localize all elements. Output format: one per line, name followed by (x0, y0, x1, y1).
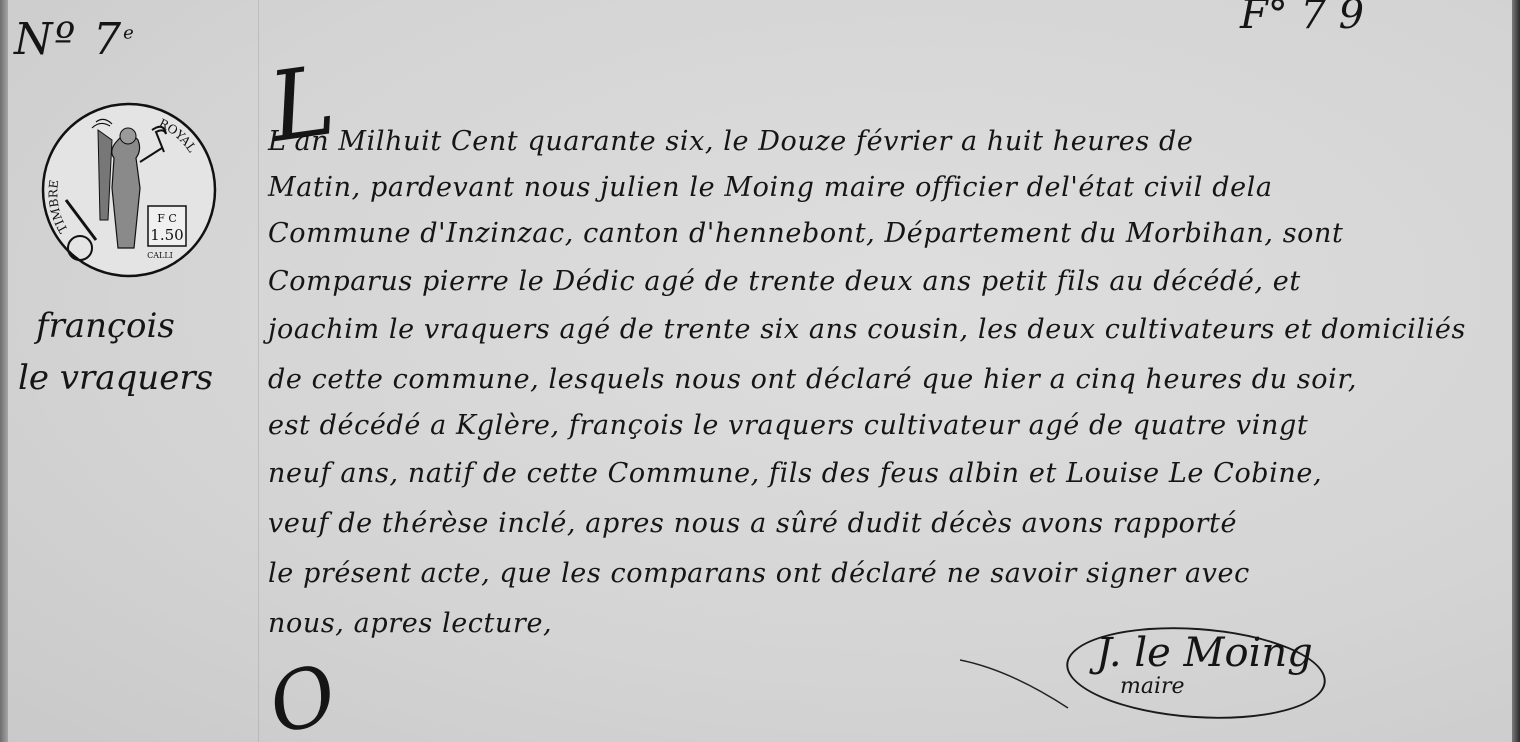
royal-stamp-icon: TIMBRE ROYAL F C 1.50 CALLI (40, 100, 218, 280)
record-line: veuf de thérèse inclé, apres nous a sûré… (268, 508, 1237, 539)
closing-initial: O (261, 653, 345, 742)
record-line: le présent acte, que les comparans ont d… (268, 558, 1250, 589)
entry-number-text: Nº 7 (14, 14, 123, 65)
margin-given-name: françois (18, 300, 248, 352)
margin-deceased-name: françois le vraquers (18, 300, 248, 404)
signature-title: maire (1120, 674, 1185, 699)
stamp-bottom-text: CALLI (147, 251, 173, 260)
margin-rule (258, 0, 259, 742)
margin-surname: le vraquers (18, 352, 248, 404)
record-line: nous, apres lecture, (268, 608, 552, 639)
record-line: Commune d'Inzinzac, canton d'hennebont, … (268, 218, 1343, 249)
record-line: L'an Milhuit Cent quarante six, le Douze… (268, 126, 1193, 157)
record-line: est décédé a Kglère, françois le vraquer… (268, 410, 1308, 441)
page-left-edge (0, 0, 8, 742)
record-line: Comparus pierre le Dédic agé de trente d… (268, 266, 1301, 297)
mayor-signature: J. le Moing maire (1066, 628, 1324, 716)
record-line: Matin, pardevant nous julien le Moing ma… (268, 172, 1273, 203)
stamp-price-label: F C (157, 212, 177, 225)
entry-number-suffix: e (123, 22, 136, 43)
stamp-price-value: 1.50 (150, 226, 183, 244)
document-page: Nº 7e F° 7 9 TIMBRE ROYAL (0, 0, 1520, 742)
record-line: de cette commune, lesquels nous ont décl… (268, 364, 1357, 395)
record-line: neuf ans, natif de cette Commune, fils d… (268, 458, 1322, 489)
signature-name: J. le Moing (1096, 630, 1313, 676)
signature-flourish-icon (960, 650, 1070, 710)
folio-mark: F° 7 9 (1240, 0, 1364, 38)
record-line: joachim le vraquers agé de trente six an… (268, 314, 1466, 345)
page-right-edge (1512, 0, 1520, 742)
entry-number: Nº 7e (14, 14, 136, 65)
